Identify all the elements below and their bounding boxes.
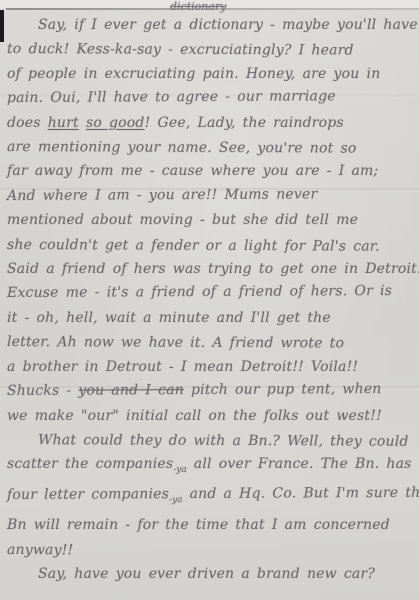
letter-text-segment: Say, have you ever driven a brand new ca… [38, 566, 375, 582]
letter-line-9: mentioned about moving - but she did tel… [7, 208, 415, 232]
inserted-correction-word: dictionary [170, 1, 226, 13]
letter-line-4: pain. Oui, I'll have to agree - our marr… [7, 84, 415, 111]
letter-text-segment: mentioned about moving - but she did tel… [7, 212, 358, 228]
letter-text-segment: she couldn't get a fender or a light for… [7, 237, 380, 255]
letter-line-11: Said a friend of hers was trying to get … [7, 257, 415, 281]
letter-text-segment: far away from me - cause where you are -… [7, 163, 378, 179]
letter-line-16: Shucks - you and I can pitch our pup ten… [7, 377, 415, 404]
letter-text-segment: we make "our" initial call on the folks … [7, 408, 382, 424]
letter-line-21: Bn will remain - for the time that I am … [7, 513, 415, 537]
letter-text-segment: ! Gee, Lady, the raindrops [145, 115, 344, 131]
letter-text-segment: does [7, 115, 48, 131]
letter-line-1: Say, if I ever get a dictionary - maybe … [7, 13, 415, 37]
letter-text-segment: to duck! Kess-ka-say - excruciatingly? I… [7, 41, 354, 59]
letter-text-segment: Say, if I ever get a dictionary - maybe … [38, 17, 418, 33]
letter-line-22: anyway!! [7, 538, 415, 564]
letter-line-13: it - oh, hell, wait a minute and I'll ge… [7, 306, 415, 330]
letter-text-segment [79, 115, 86, 131]
letter-text-segment: four letter companies [7, 486, 169, 503]
letter-line-6: are mentioning your name. See, you're no… [7, 135, 415, 161]
letter-text-segment: pitch our pup tent, when [184, 381, 382, 398]
letter-line-20: four letter companies-ya and a Hq. Co. B… [7, 481, 415, 514]
letter-line-12: Excuse me - it's a friend of a friend of… [7, 279, 415, 306]
letter-text-segment: Shucks - [7, 383, 78, 399]
letter-text-segment: are mentioning your name. See, you're no… [7, 139, 357, 157]
letter-text-segment: And where I am - you are!! Mums never [7, 186, 317, 204]
scan-corner-mark [0, 10, 4, 42]
letter-text-segment: a brother in Detrout - I mean Detroit!! … [7, 359, 358, 375]
letter-body: Say, if I ever get a dictionary - maybe … [7, 13, 415, 586]
letter-text-segment: and a Hq. Co. But I'm sure the [182, 485, 419, 502]
letter-line-14: letter. Ah now we have it. A friend wrot… [7, 330, 415, 356]
letter-text-segment: -ya [169, 495, 183, 505]
letter-line-18: What could they do with a Bn.? Well, the… [7, 428, 415, 454]
letter-line-23: Say, have you ever driven a brand new ca… [7, 562, 415, 586]
letter-page: dictionary Say, if I ever get a dictiona… [0, 0, 419, 600]
letter-text-segment: scatter the companies [7, 456, 173, 472]
letter-line-19: scatter the companies-ya all over France… [7, 452, 415, 482]
letter-text-segment: anyway!! [7, 542, 73, 558]
letter-text-segment: Bn will remain - for the time that I am … [7, 517, 390, 533]
letter-text-segment: so good [86, 115, 145, 131]
letter-line-3: of people in excruciating pain. Honey, a… [7, 62, 415, 86]
letter-text-segment: pain. Oui, I'll have to agree - our marr… [7, 88, 336, 106]
letter-line-10: she couldn't get a fender or a light for… [7, 233, 415, 259]
letter-line-8: And where I am - you are!! Mums never [7, 182, 415, 209]
letter-text-segment: What could they do with a Bn.? Well, the… [38, 432, 409, 450]
letter-line-2: to duck! Kess-ka-say - excruciatingly? I… [7, 37, 415, 63]
letter-text-segment: -ya [173, 465, 187, 475]
letter-line-5: does hurt so good! Gee, Lady, the raindr… [7, 111, 415, 135]
letter-line-17: we make "our" initial call on the folks … [7, 404, 415, 428]
letter-line-15: a brother in Detrout - I mean Detroit!! … [7, 355, 415, 379]
letter-text-segment: Said a friend of hers was trying to get … [7, 261, 419, 277]
letter-text-segment: hurt [48, 115, 79, 131]
letter-text-segment: all over France. The Bn. has [187, 456, 412, 472]
letter-line-7: far away from me - cause where you are -… [7, 159, 415, 183]
letter-text-segment: Excuse me - it's a friend of a friend of… [7, 283, 392, 301]
letter-text-segment: of people in excruciating pain. Honey, a… [7, 66, 380, 82]
letter-text-segment: you and I can [78, 382, 184, 399]
letter-text-segment: it - oh, hell, wait a minute and I'll ge… [7, 310, 331, 326]
letter-text-segment: letter. Ah now we have it. A friend wrot… [7, 334, 344, 351]
